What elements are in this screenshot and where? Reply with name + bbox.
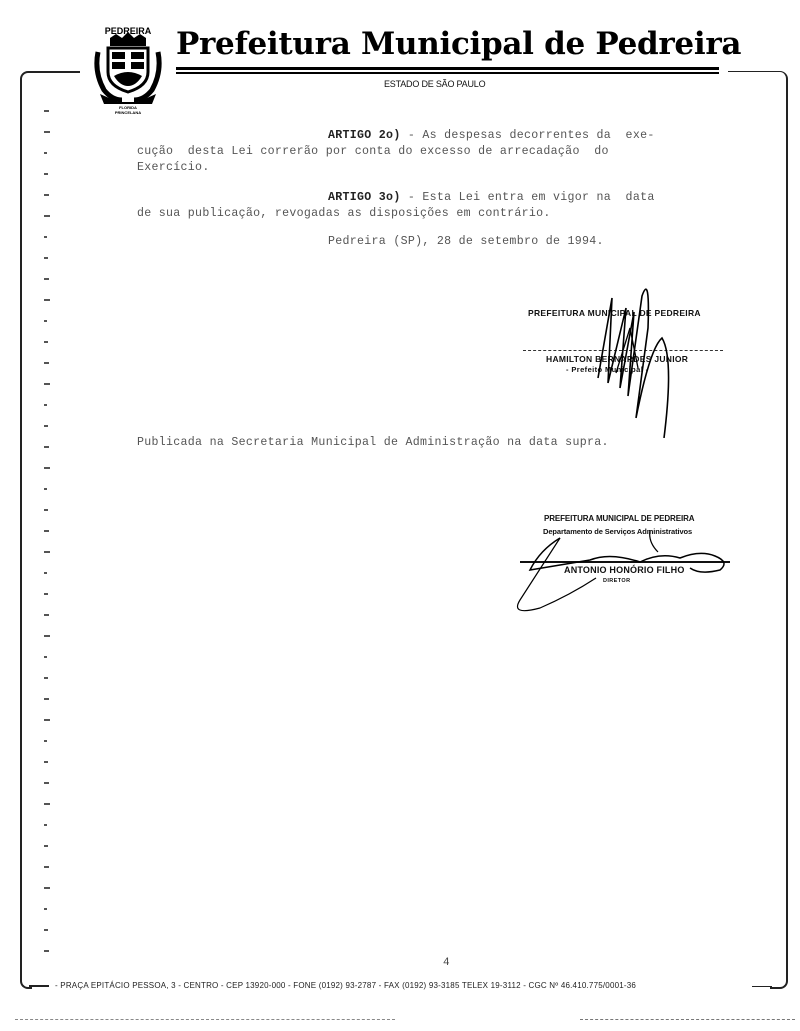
article-3-line-2: de sua publicação, revogadas as disposiç… xyxy=(137,207,551,220)
page-title: Prefeitura Municipal de Pedreira xyxy=(176,26,741,62)
margin-tick xyxy=(44,803,50,805)
article-3-line-1: ARTIGO 3o) - Esta Lei entra em vigor na … xyxy=(328,191,655,204)
margin-tick xyxy=(44,866,49,868)
margin-tick xyxy=(44,614,49,616)
margin-tick xyxy=(44,635,50,637)
article-2-line-2: cução desta Lei correrão por conta do ex… xyxy=(137,145,609,158)
handwritten-signature-icon xyxy=(500,530,740,620)
scan-edge-right xyxy=(580,1019,795,1021)
margin-tick xyxy=(44,257,48,259)
title-rule-thick xyxy=(176,67,719,70)
article-2-text-1: - As despesas decorrentes da exe- xyxy=(401,129,655,142)
frame-left-line xyxy=(20,80,22,978)
margin-tick xyxy=(44,173,48,175)
margin-tick xyxy=(44,404,47,406)
scan-edge-left xyxy=(15,1019,395,1021)
margin-tick xyxy=(44,656,47,658)
footer-address: - PRAÇA EPITÁCIO PESSOA, 3 - CENTRO - CE… xyxy=(55,981,636,990)
margin-tick xyxy=(44,719,50,721)
margin-tick xyxy=(44,488,47,490)
margin-tick xyxy=(44,782,49,784)
margin-tick xyxy=(44,530,49,532)
frame-top-left-line xyxy=(28,71,80,73)
article-2-line-3: Exercício. xyxy=(137,161,210,174)
margin-tick xyxy=(44,908,47,910)
margin-tick xyxy=(44,551,50,553)
margin-tick xyxy=(44,950,49,952)
frame-right-line xyxy=(786,80,788,978)
margin-tick xyxy=(44,215,50,217)
frame-bottom-right-line xyxy=(752,986,772,987)
frame-corner-bottom-left xyxy=(20,977,32,989)
frame-corner-top-right xyxy=(728,71,788,82)
coat-of-arms: PEDREIRA FLORIDA PRINCELANA xyxy=(92,22,164,114)
margin-tick xyxy=(44,467,50,469)
date-line: Pedreira (SP), 28 de setembro de 1994. xyxy=(328,235,604,248)
frame-corner-bottom-right xyxy=(770,977,788,989)
margin-tick xyxy=(44,278,49,280)
margin-tick xyxy=(44,383,50,385)
title-rule-thin xyxy=(176,72,719,74)
article-3-label: ARTIGO 3o) xyxy=(328,191,401,204)
page-number: 4 xyxy=(443,957,450,969)
state-subtitle: ESTADO DE SÃO PAULO xyxy=(384,79,485,89)
margin-tick xyxy=(44,320,47,322)
margin-tick xyxy=(44,110,49,112)
margin-tick xyxy=(44,152,47,154)
margin-tick xyxy=(44,761,48,763)
margin-tick xyxy=(44,425,48,427)
margin-tick xyxy=(44,929,48,931)
margin-tick xyxy=(44,677,48,679)
margin-tick xyxy=(44,362,49,364)
margin-tick xyxy=(44,740,47,742)
margin-tick xyxy=(44,299,50,301)
margin-tick xyxy=(44,509,48,511)
publication-note: Publicada na Secretaria Municipal de Adm… xyxy=(137,436,609,449)
signature-2-org: PREFEITURA MUNICIPAL DE PEDREIRA xyxy=(544,514,694,523)
margin-tick xyxy=(44,572,47,574)
coat-of-arms-icon: PEDREIRA FLORIDA PRINCELANA xyxy=(92,22,164,114)
margin-tick xyxy=(44,194,49,196)
article-2-line-1: ARTIGO 2o) - As despesas decorrentes da … xyxy=(328,129,655,142)
article-2-label: ARTIGO 2o) xyxy=(328,129,401,142)
margin-tick xyxy=(44,824,47,826)
margin-tick xyxy=(44,698,49,700)
margin-tick xyxy=(44,593,48,595)
margin-tick xyxy=(44,887,50,889)
svg-text:PRINCELANA: PRINCELANA xyxy=(115,110,141,114)
margin-tick xyxy=(44,845,48,847)
article-3-text-1: - Esta Lei entra em vigor na data xyxy=(401,191,655,204)
margin-tick xyxy=(44,236,47,238)
handwritten-signature-icon xyxy=(590,268,670,438)
margin-tick xyxy=(44,131,50,133)
frame-bottom-left-line xyxy=(29,985,49,987)
margin-tick xyxy=(44,341,48,343)
margin-tick xyxy=(44,446,49,448)
